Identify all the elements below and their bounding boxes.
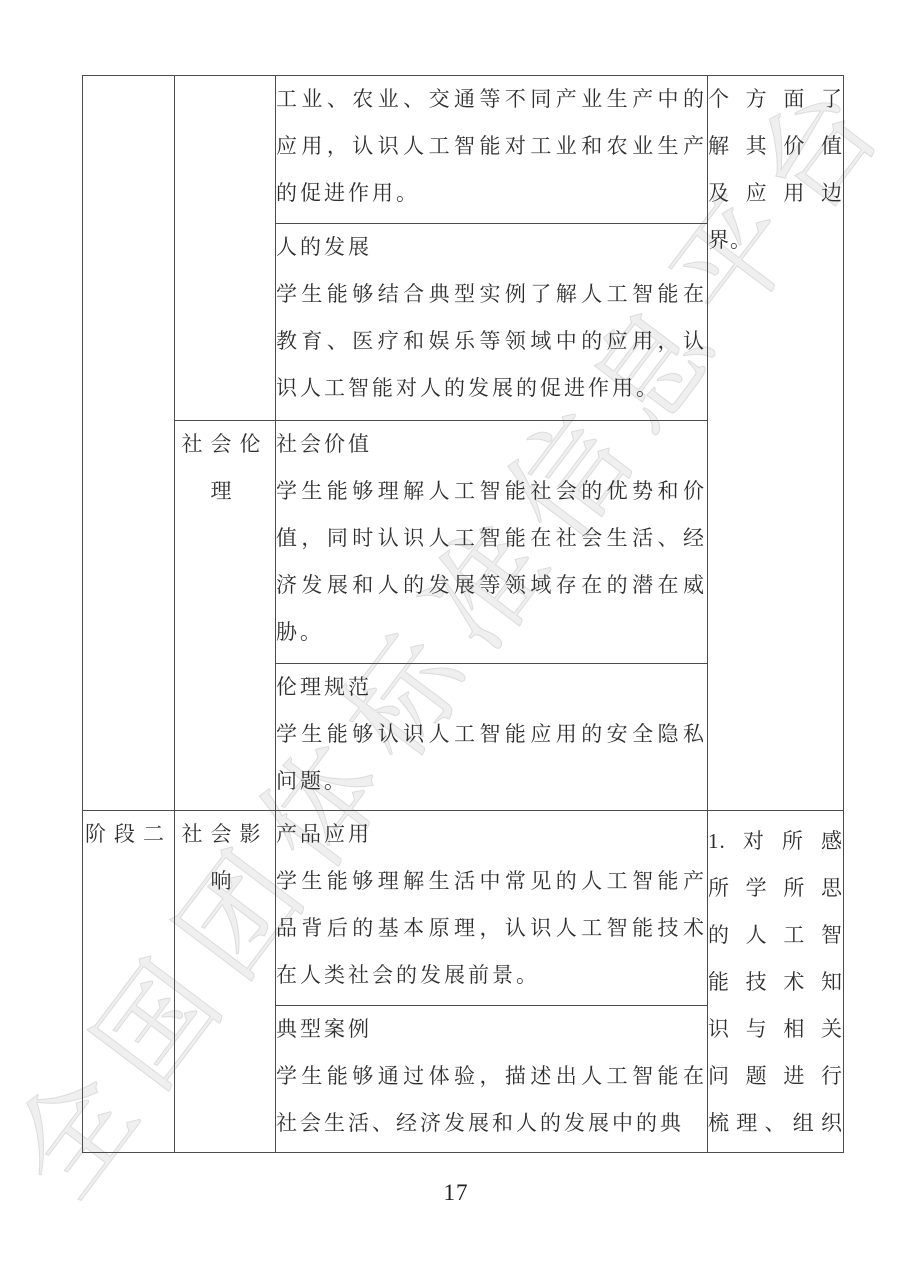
stage-cell-stage2: 阶段二 bbox=[83, 811, 175, 1153]
page-number: 17 bbox=[0, 1180, 912, 1206]
typical-case-title: 典型案例 bbox=[276, 1006, 707, 1053]
social-value-title: 社会价值 bbox=[276, 421, 707, 468]
cell-ethics-rules: 伦理规范 学生能够认识人工智能应用的安全隐私问题。 bbox=[276, 664, 708, 811]
ethics-rules-title: 伦理规范 bbox=[276, 664, 707, 711]
industry-continuation-text: 工业、农业、交通等不同产业生产中的应用，认识人工智能对工业和农业生产的促进作用。 bbox=[276, 76, 707, 217]
note-line: 能技术知 bbox=[708, 959, 843, 1006]
category-cell-impact: 社会影响 bbox=[175, 811, 276, 1153]
note-line: 的人工智 bbox=[708, 912, 843, 959]
note-line: 识与相关 bbox=[708, 1006, 843, 1053]
product-application-title: 产品应用 bbox=[276, 811, 707, 858]
category-cell-continued-empty bbox=[175, 76, 276, 421]
side-note-stage2-cell: 1.对所感 所学所思 的人工智 能技术知 识与相关 问题进行 梳理、组织 bbox=[708, 811, 844, 1153]
note-line: 1.对所感 bbox=[708, 818, 843, 865]
note-line: 解其价值 bbox=[708, 123, 843, 170]
note-line: 问题进行 bbox=[708, 1053, 843, 1100]
typical-case-body: 学生能够通过体验，描述出人工智能在社会生活、经济发展和人的发展中的典 bbox=[276, 1053, 707, 1147]
note-line: 界。 bbox=[708, 217, 843, 264]
cell-industry-continuation: 工业、农业、交通等不同产业生产中的应用，认识人工智能对工业和农业生产的促进作用。 bbox=[276, 76, 708, 224]
human-development-title: 人的发展 bbox=[276, 224, 707, 271]
note-line: 个方面了 bbox=[708, 76, 843, 123]
note-line: 及应用边 bbox=[708, 170, 843, 217]
human-development-body: 学生能够结合典型实例了解人工智能在教育、医疗和娱乐等领域中的应用，认识人工智能对… bbox=[276, 271, 707, 412]
note-line: 梳理、组织 bbox=[708, 1100, 843, 1147]
cell-product-application: 产品应用 学生能够理解生活中常见的人工智能产品背后的基本原理，认识人工智能技术在… bbox=[276, 811, 708, 1006]
product-application-body: 学生能够理解生活中常见的人工智能产品背后的基本原理，认识人工智能技术在人类社会的… bbox=[276, 858, 707, 999]
cell-social-value: 社会价值 学生能够理解人工智能社会的优势和价值，同时认识人工智能在社会生活、经济… bbox=[276, 421, 708, 664]
note-line: 所学所思 bbox=[708, 865, 843, 912]
social-value-body: 学生能够理解人工智能社会的优势和价值，同时认识人工智能在社会生活、经济发展和人的… bbox=[276, 468, 707, 656]
side-note-continuation-cell: 个方面了 解其价值 及应用边 界。 bbox=[708, 76, 844, 811]
category-cell-ethics: 社会伦理 bbox=[175, 421, 276, 811]
standards-table: 工业、农业、交通等不同产业生产中的应用，认识人工智能对工业和农业生产的促进作用。… bbox=[82, 75, 844, 1153]
ethics-rules-body: 学生能够认识人工智能应用的安全隐私问题。 bbox=[276, 711, 707, 805]
cell-typical-case: 典型案例 学生能够通过体验，描述出人工智能在社会生活、经济发展和人的发展中的典 bbox=[276, 1006, 708, 1153]
stage-cell-continued-empty bbox=[83, 76, 175, 811]
cell-human-development: 人的发展 学生能够结合典型实例了解人工智能在教育、医疗和娱乐等领域中的应用，认识… bbox=[276, 224, 708, 421]
